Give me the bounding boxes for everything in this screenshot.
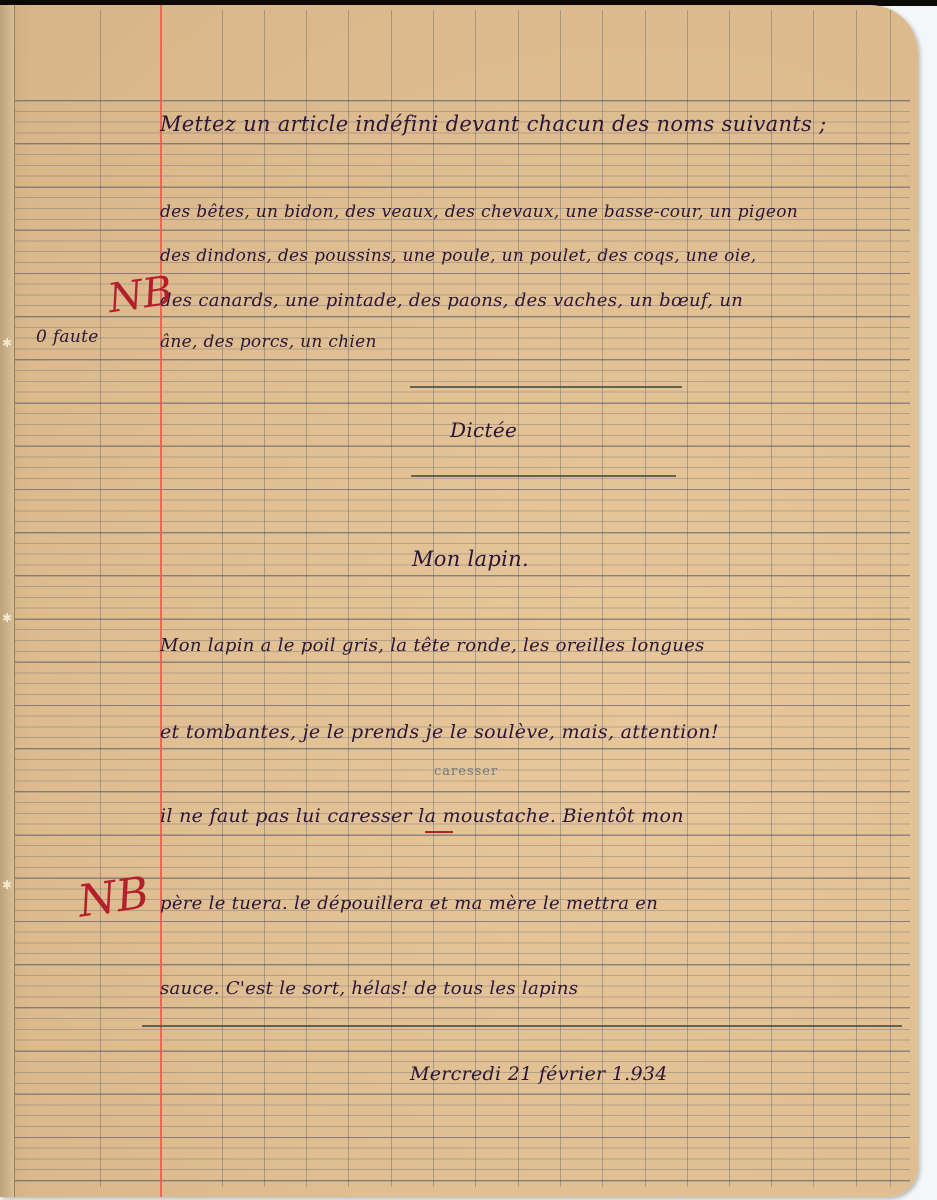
dictation-heading: Dictée [450,418,517,442]
date-signature: Mercredi 21 février 1.934 [410,1063,668,1085]
exercise-instruction: Mettez un article indéfini devant chacun… [160,112,826,136]
error-underline [425,831,453,833]
grid-column-line [348,10,349,1187]
grid-column-line [645,10,646,1187]
grid-column-line [222,10,223,1187]
grid-column-line [890,10,891,1187]
grid-column-line [813,10,814,1187]
dictation-title: Mon lapin. [412,547,529,571]
separator-rule [142,1025,902,1027]
teacher-mark: NB [105,268,175,323]
exercise-line: des bêtes, un bidon, des veaux, des chev… [160,202,798,222]
grid-column-line [771,10,772,1187]
grid-column-line [729,10,730,1187]
notebook-page [0,5,918,1197]
grid-column-line [687,10,688,1187]
separator-rule [411,475,676,477]
grid-column-line [518,10,519,1187]
staple-icon: ✱ [2,613,12,623]
pencil-correction: caresser [434,764,498,779]
red-margin-line [160,5,162,1197]
grid-column-line [856,10,857,1187]
dictation-line: père le tuera. le dépouillera et ma mère… [160,893,658,914]
grid-column-line [433,10,434,1187]
grid-column-line [602,10,603,1187]
dictation-line: il ne faut pas lui caresser la moustache… [160,805,684,827]
exercise-line: âne, des porcs, un chien [160,332,377,352]
teacher-mark: NB [75,867,152,927]
grid-column-line [264,10,265,1187]
separator-rule [410,386,682,388]
grid-column-line [100,10,101,1187]
staple-icon: ✱ [2,880,12,890]
staple-icon: ✱ [2,338,12,348]
grid-column-line [306,10,307,1187]
grid-column-line [560,10,561,1187]
dictation-line: Mon lapin a le poil gris, la tête ronde,… [160,635,705,656]
dictation-line: et tombantes, je le prends je le soulève… [160,721,719,743]
margin-note: 0 faute [36,327,99,347]
dictation-line: sauce. C'est le sort, hélas! de tous les… [160,978,578,999]
exercise-line: des canards, une pintade, des paons, des… [160,290,743,311]
grid-column-line [475,10,476,1187]
exercise-line: des dindons, des poussins, une poule, un… [160,246,757,266]
grid-column-line [391,10,392,1187]
binding-edge [0,5,15,1197]
